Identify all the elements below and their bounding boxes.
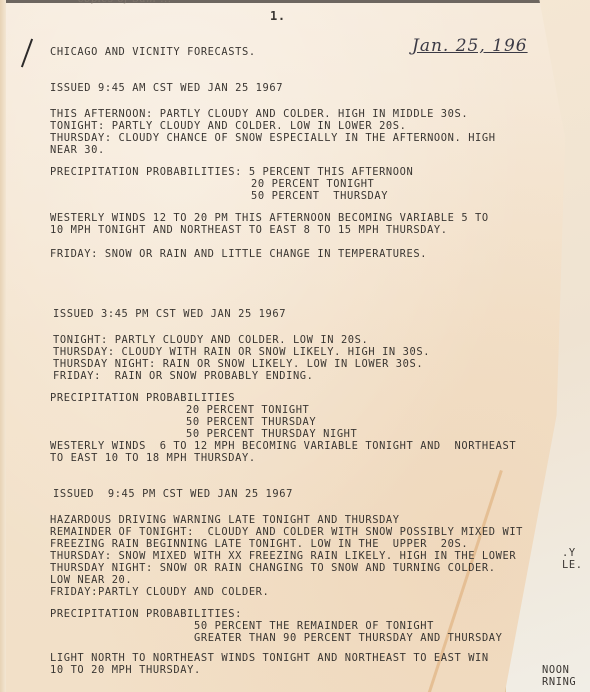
issued-line: ISSUED 9:45 AM CST WED JAN 25 1967 [50,82,283,94]
forecast-line: THURSDAY NIGHT: RAIN OR SNOW LIKELY. LOW… [53,358,423,370]
forecast-line: THURSDAY NIGHT: SNOW OR RAIN CHANGING TO… [50,562,496,574]
forecast-line: THURSDAY: SNOW MIXED WITH XX FREEZING RA… [50,550,516,562]
precip-line: 20 PERCENT TONIGHT [186,404,309,416]
pen-mark [21,39,33,68]
winds-line: WESTERLY WINDS 6 TO 12 MPH BECOMING VARI… [50,440,516,452]
winds-line: 10 MPH TONIGHT AND NORTHEAST TO EAST 8 T… [50,224,448,236]
underlying-text: RNING [542,676,576,688]
forecast-line: THURSDAY: CLOUDY CHANCE OF SNOW ESPECIAL… [50,132,496,144]
winds-line: TO EAST 10 TO 18 MPH THURSDAY. [50,452,256,464]
forecast-line: LOW NEAR 20. [50,574,132,586]
forecast-line: FRIDAY:PARTLY CLOUDY AND COLDER. [50,586,269,598]
forecast-line: FRIDAY: RAIN OR SNOW PROBABLY ENDING. [53,370,314,382]
precip-label: PRECIPITATION PROBABILITIES: [50,608,242,620]
forecast-line: TONIGHT: PARTLY CLOUDY AND COLDER. LOW I… [53,334,368,346]
underlying-text: .Y [562,547,576,559]
forecast-line: HAZARDOUS DRIVING WARNING LATE TONIGHT A… [50,514,400,526]
issued-line: ISSUED 3:45 PM CST WED JAN 25 1967 [53,308,286,320]
document-title: CHICAGO AND VICNITY FORECASTS. [50,46,256,58]
precip-label: PRECIPITATION PROBABILITIES: 5 PERCENT T… [50,166,413,178]
forecast-line: NEAR 30. [50,144,105,156]
forecast-line: THIS AFTERNOON: PARTLY CLOUDY AND COLDER… [50,108,468,120]
winds-line: 10 TO 20 MPH THURSDAY. [50,664,201,676]
forecast-line: FREEZING RAIN BEGINNING LATE TONIGHT. LO… [50,538,468,550]
underlying-text: NOON [542,664,569,676]
page-number: 1. [270,10,286,22]
precip-line: 50 PERCENT THE REMAINDER OF TONIGHT [194,620,434,632]
extra-line: FRIDAY: SNOW OR RAIN AND LITTLE CHANGE I… [50,248,427,260]
precip-label: PRECIPITATION PROBABILITIES [50,392,235,404]
precip-line: GREATER THAN 90 PERCENT THURSDAY AND THU… [194,632,503,644]
precip-line: 20 PERCENT TONIGHT [251,178,374,190]
forecast-line: TONIGHT: PARTLY CLOUDY AND COLDER. LOW I… [50,120,407,132]
handwritten-note: copies of Sam ... [78,0,172,6]
winds-line: LIGHT NORTH TO NORTHEAST WINDS TONIGHT A… [50,652,489,664]
precip-line: 50 PERCENT THURSDAY [186,416,316,428]
underlying-text: LE. [562,559,583,571]
precip-line: 50 PERCENT THURSDAY [251,190,388,202]
precip-line: 50 PERCENT THURSDAY NIGHT [186,428,357,440]
issued-line: ISSUED 9:45 PM CST WED JAN 25 1967 [53,488,293,500]
winds-line: WESTERLY WINDS 12 TO 20 PM THIS AFTERNOO… [50,212,489,224]
forecast-line: THURSDAY: CLOUDY WITH RAIN OR SNOW LIKEL… [53,346,430,358]
forecast-document: copies of Sam ... 1. CHICAGO AND VICNITY… [0,0,590,692]
handwritten-date: Jan. 25, 196 [412,40,528,52]
forecast-line: REMAINDER OF TONIGHT: CLOUDY AND COLDER … [50,526,523,538]
